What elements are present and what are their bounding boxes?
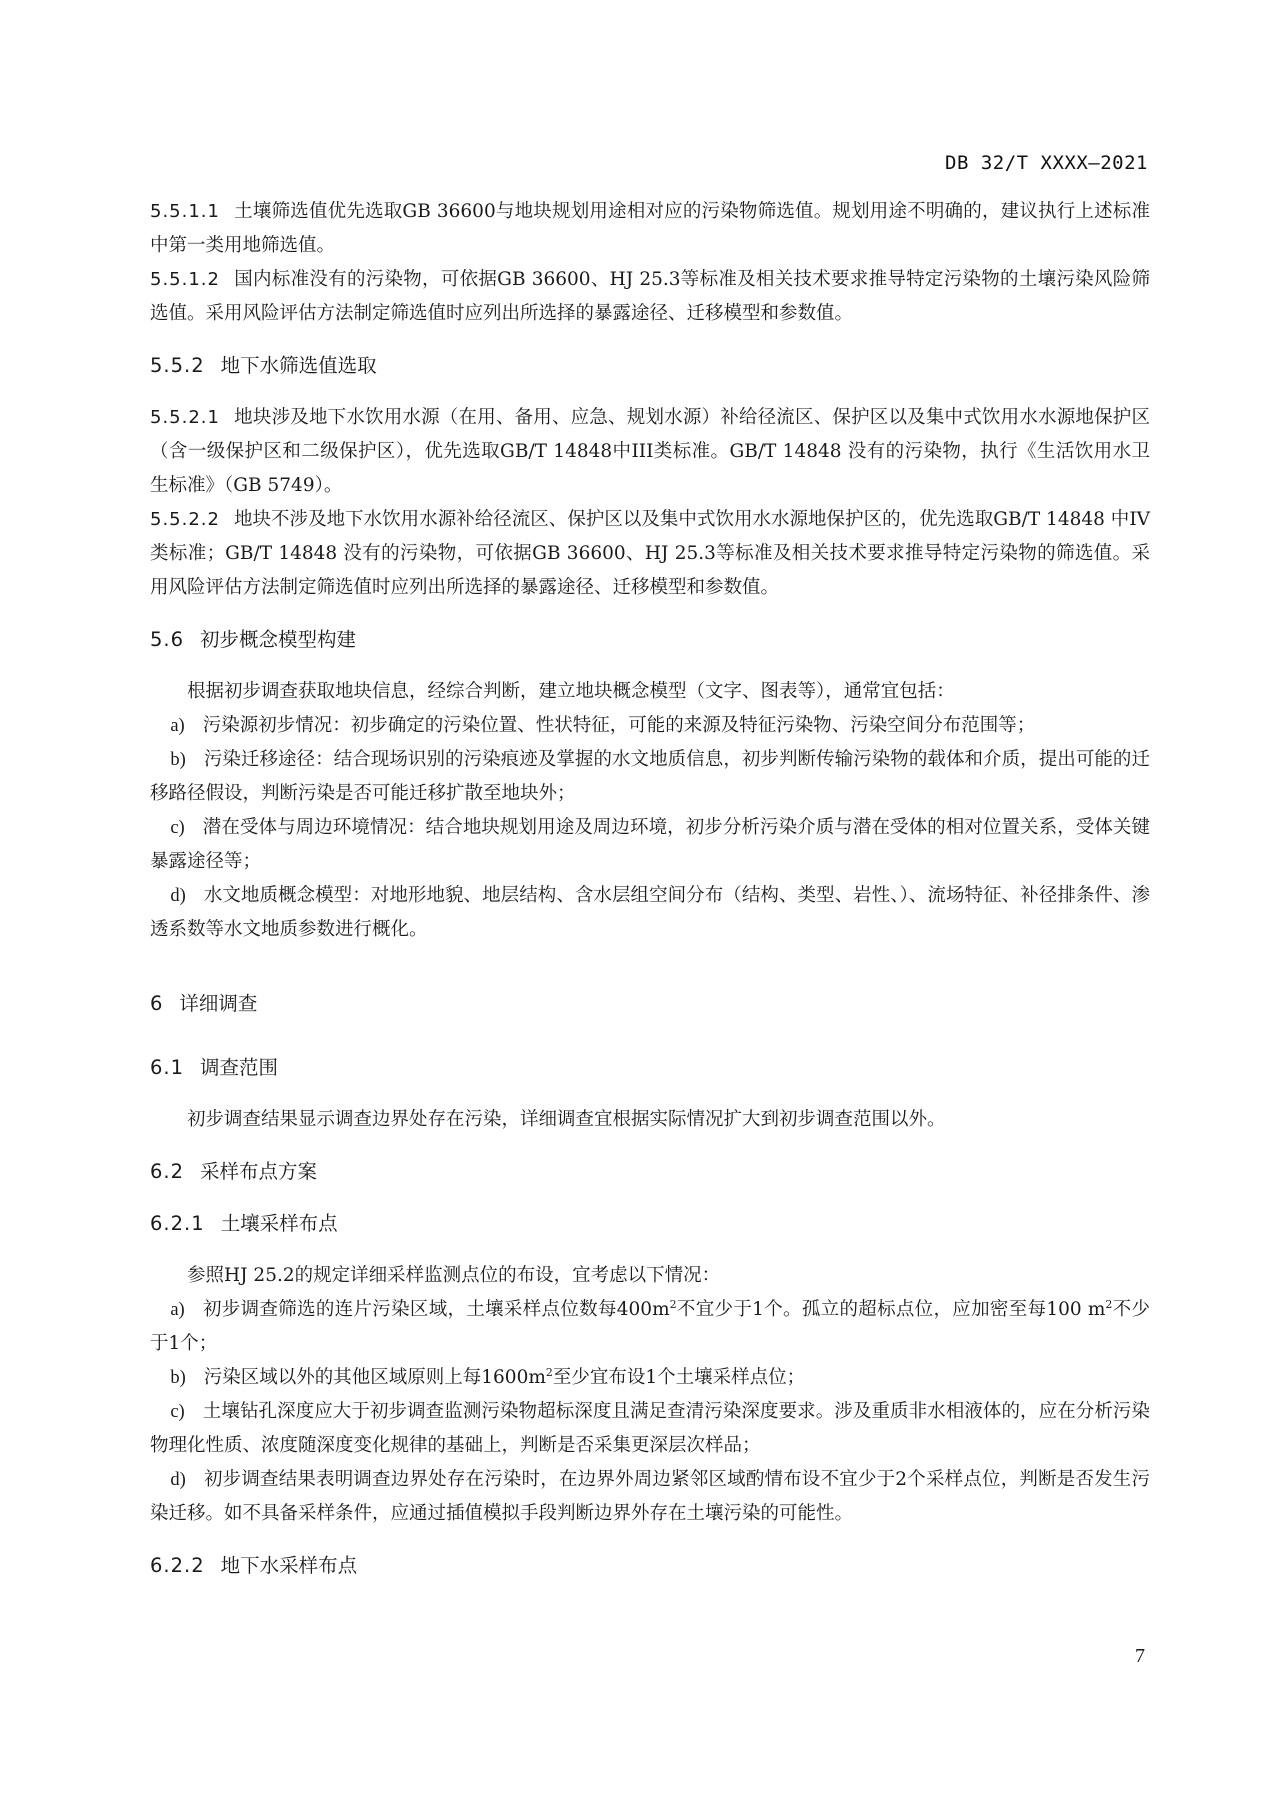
list-item-5-6-d: d)水文地质概念模型：对地形地貌、地层结构、含水层组空间分布（结构、类型、岩性、… [150, 879, 1150, 947]
list-label: d) [170, 879, 185, 913]
list-text: 污染源初步情况：初步确定的污染位置、性状特征，可能的来源及特征污染物、污染空间分… [203, 715, 1036, 736]
clause-5-5-1-1: 5.5.1.1土壤筛选值优先选取GB 36600与地块规划用途相对应的污染物筛选… [150, 195, 1150, 263]
clause-text: 地块不涉及地下水饮用水源补给径流区、保护区以及集中式饮用水水源地保护区的，优先选… [150, 509, 1150, 598]
heading-5-6: 5.6初步概念模型构建 [150, 623, 1150, 657]
clause-5-5-1-2: 5.5.1.2国内标准没有的污染物，可依据GB 36600、HJ 25.3等标准… [150, 263, 1150, 331]
list-text: 初步调查筛选的连片污染区域，土壤采样点位数每400m [203, 1299, 670, 1320]
heading-6-2-1: 6.2.1土壤采样布点 [150, 1207, 1150, 1241]
clause-number: 5.5.1.2 [150, 269, 220, 290]
list-item-5-6-b: b)污染迁移途径：结合现场识别的污染痕迹及掌握的水文地质信息，初步判断传输污染物… [150, 743, 1150, 811]
list-text: 初步调查结果表明调查边界处存在污染时，在边界外周边紧邻区域酌情布设不宜少于2个采… [150, 1469, 1150, 1524]
document-body: 5.5.1.1土壤筛选值优先选取GB 36600与地块规划用途相对应的污染物筛选… [150, 195, 1150, 1583]
clause-text: 土壤筛选值优先选取GB 36600与地块规划用途相对应的污染物筛选值。规划用途不… [150, 201, 1150, 256]
heading-title: 初步概念模型构建 [200, 628, 356, 651]
list-item-5-6-a: a)污染源初步情况：初步确定的污染位置、性状特征，可能的来源及特征污染物、污染空… [150, 709, 1150, 743]
clause-5-5-2-2: 5.5.2.2地块不涉及地下水饮用水源补给径流区、保护区以及集中式饮用水水源地保… [150, 503, 1150, 605]
list-text: 不宜少于1个。孤立的超标点位，应加密至每100 m [677, 1299, 1106, 1320]
list-text: 水文地质概念模型：对地形地貌、地层结构、含水层组空间分布（结构、类型、岩性、）、… [150, 885, 1150, 940]
heading-6: 6详细调查 [150, 987, 1150, 1021]
list-text: 污染区域以外的其他区域原则上每1600m [204, 1367, 546, 1388]
list-label: a) [170, 709, 184, 743]
heading-6-2: 6.2采样布点方案 [150, 1155, 1150, 1189]
heading-number: 5.5.2 [150, 354, 205, 377]
list-text: 污染迁移途径：结合现场识别的污染痕迹及掌握的水文地质信息，初步判断传输污染物的载… [150, 749, 1150, 804]
heading-6-2-2: 6.2.2地下水采样布点 [150, 1549, 1150, 1583]
heading-number: 6 [150, 992, 163, 1015]
list-label: b) [170, 1361, 185, 1395]
heading-title: 地下水采样布点 [221, 1554, 358, 1577]
list-text: 土壤钻孔深度应大于初步调查监测污染物超标深度且满足查清污染深度要求。涉及重质非水… [150, 1401, 1150, 1456]
paragraph-5-6-intro: 根据初步调查获取地块信息，经综合判断，建立地块概念模型（文字、图表等），通常宜包… [150, 675, 1150, 709]
clause-number: 5.5.2.2 [150, 509, 220, 530]
list-text: 至少宜布设1个土壤采样点位； [553, 1367, 805, 1388]
heading-number: 6.1 [150, 1056, 184, 1079]
clause-number: 5.5.2.1 [150, 407, 220, 428]
list-item-6-2-1-c: c)土壤钻孔深度应大于初步调查监测污染物超标深度且满足查清污染深度要求。涉及重质… [150, 1395, 1150, 1463]
superscript: 2 [546, 1366, 553, 1379]
heading-number: 6.2.1 [150, 1212, 205, 1235]
heading-title: 土壤采样布点 [221, 1212, 338, 1235]
heading-number: 6.2 [150, 1160, 184, 1183]
list-item-6-2-1-a: a)初步调查筛选的连片污染区域，土壤采样点位数每400m2不宜少于1个。孤立的超… [150, 1293, 1150, 1361]
document-page: DB 32/T XXXX—2021 5.5.1.1土壤筛选值优先选取GB 366… [0, 0, 1280, 1810]
heading-6-1: 6.1调查范围 [150, 1051, 1150, 1085]
list-label: a) [170, 1293, 184, 1327]
list-item-6-2-1-d: d)初步调查结果表明调查边界处存在污染时，在边界外周边紧邻区域酌情布设不宜少于2… [150, 1463, 1150, 1531]
heading-title: 采样布点方案 [200, 1160, 317, 1183]
list-label: c) [170, 811, 184, 845]
list-text: 潜在受体与周边环境情况：结合地块规划用途及周边环境，初步分析污染介质与潜在受体的… [150, 817, 1150, 872]
heading-number: 5.6 [150, 628, 184, 651]
clause-text: 地块涉及地下水饮用水源（在用、备用、应急、规划水源）补给径流区、保护区以及集中式… [150, 407, 1150, 496]
clause-number: 5.5.1.1 [150, 201, 220, 222]
superscript: 2 [670, 1298, 677, 1311]
list-label: c) [170, 1395, 184, 1429]
list-label: d) [170, 1463, 185, 1497]
standard-code-header: DB 32/T XXXX—2021 [945, 152, 1148, 174]
clause-text: 国内标准没有的污染物，可依据GB 36600、HJ 25.3等标准及相关技术要求… [150, 269, 1150, 324]
heading-title: 地下水筛选值选取 [221, 354, 377, 377]
clause-5-5-2-1: 5.5.2.1地块涉及地下水饮用水源（在用、备用、应急、规划水源）补给径流区、保… [150, 401, 1150, 503]
heading-number: 6.2.2 [150, 1554, 205, 1577]
heading-5-5-2: 5.5.2地下水筛选值选取 [150, 349, 1150, 383]
page-number: 7 [1135, 1645, 1145, 1668]
list-label: b) [170, 743, 185, 777]
list-item-5-6-c: c)潜在受体与周边环境情况：结合地块规划用途及周边环境，初步分析污染介质与潜在受… [150, 811, 1150, 879]
heading-title: 详细调查 [179, 992, 257, 1015]
heading-title: 调查范围 [200, 1056, 278, 1079]
paragraph-6-2-1-intro: 参照HJ 25.2的规定详细采样监测点位的布设，宜考虑以下情况： [150, 1259, 1150, 1293]
list-item-6-2-1-b: b)污染区域以外的其他区域原则上每1600m2至少宜布设1个土壤采样点位； [150, 1361, 1150, 1395]
paragraph-6-1: 初步调查结果显示调查边界处存在污染，详细调查宜根据实际情况扩大到初步调查范围以外… [150, 1103, 1150, 1137]
